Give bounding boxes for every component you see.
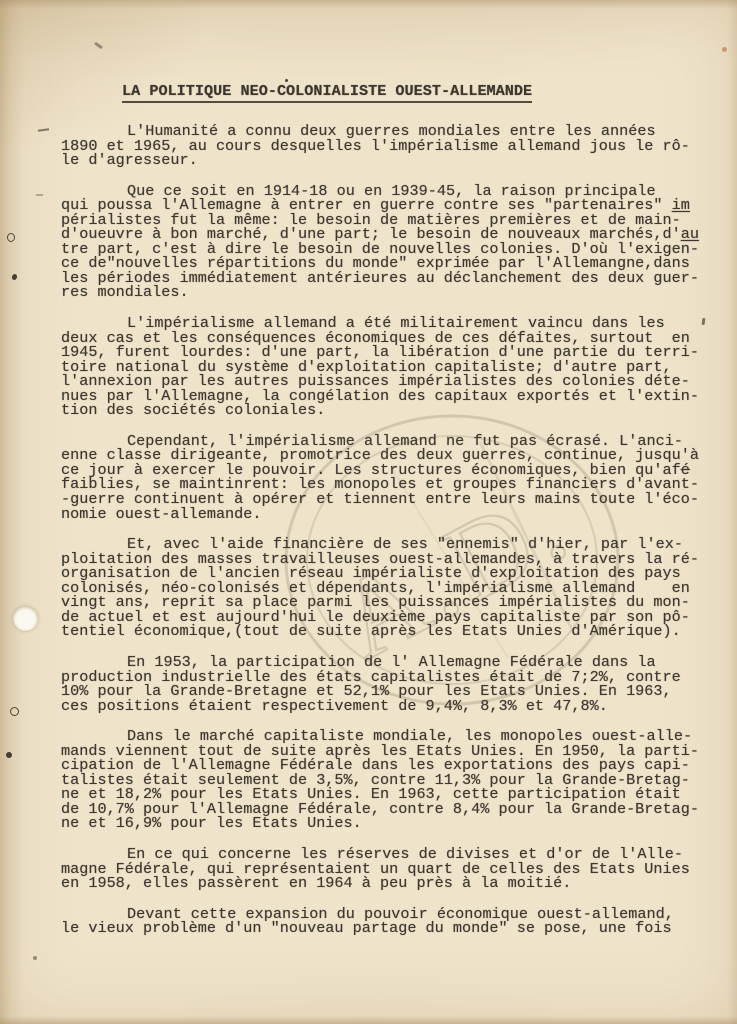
document-title: LA POLITIQUE NEO-COLONIALISTE OUEST-ALLE… [122,82,532,103]
paragraph: En ce qui concerne les réserves de divis… [61,847,733,891]
text-line: le d'agresseur. [61,153,733,168]
text-line: en 1958, elles passèrent en 1964 à peu p… [61,876,733,891]
text-line: ne et 16,9% pour les Etats Unies. [61,816,733,831]
document-body: L'Humanité a connu deux guerres mondiale… [61,124,733,952]
text-line: nomie ouest-allemande. [61,507,733,522]
paragraph: Et, avec l'aide financière de ses "ennem… [61,537,733,639]
paragraph: L'impérialisme allemand a été militairem… [61,316,733,418]
text-line: tentiel économique,(tout de suite après … [61,624,733,639]
pencil-mark [36,194,43,196]
paper-speck [33,956,37,960]
hole-punch [13,606,38,631]
paragraph: Dans le marché capitaliste mondiale, les… [61,729,733,831]
paper-speck [10,707,19,716]
paper-speck [7,233,15,242]
text-line: tion des sociétés coloniales. [61,403,733,418]
pencil-mark [94,42,103,50]
paper-speck [11,273,18,280]
scanned-document-page: A.D. LA POLITIQUE NEO-COLONIALISTE OUEST… [0,0,737,1024]
text-line: res mondiales. [61,285,733,300]
paragraph: Devant cette expansion du pouvoir économ… [61,907,733,936]
text-line: ces positions étaient respectivement de … [61,699,733,714]
paragraph: En 1953, la participation de l' Allemagn… [61,655,733,713]
paragraph: Que ce soit en 1914-18 ou en 1939-45, la… [61,184,733,300]
pencil-mark [38,128,49,132]
paper-speck [722,47,727,52]
paragraph: L'Humanité a connu deux guerres mondiale… [61,124,733,168]
paragraph: Cependant, l'impérialisme allemand ne fu… [61,434,733,521]
text-line: le vieux problème d'un "nouveau partage … [61,921,733,936]
paper-speck [6,752,12,758]
